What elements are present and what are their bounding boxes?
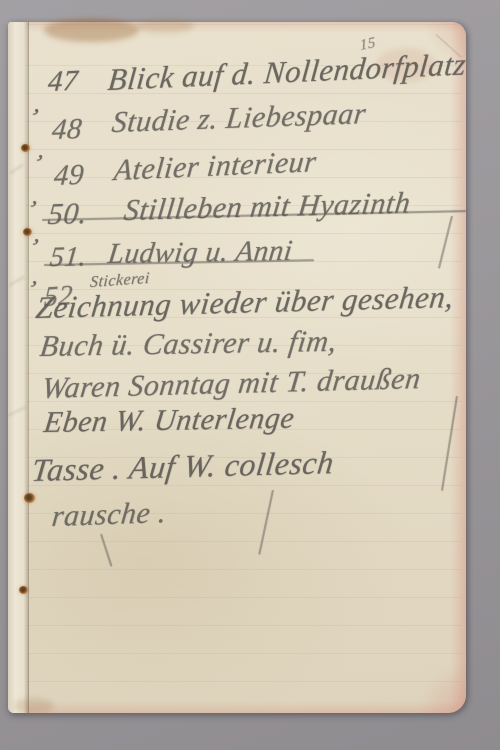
entry-text: Stillleben mit Hyazinth — [122, 186, 412, 228]
pen-stroke — [100, 534, 112, 567]
entry-text: Ludwig u. Anni — [106, 235, 295, 271]
entry-text: Atelier interieur — [112, 145, 318, 188]
entry-tick: , — [29, 181, 46, 212]
gutter-crease — [28, 22, 29, 713]
stitch-hole — [19, 586, 28, 594]
entry-text: Studie z. Liebespaar — [110, 97, 368, 140]
handwritten-line: Eben W. Unterlenge — [42, 402, 296, 440]
entry-number: 48 — [51, 113, 84, 147]
handwritten-line: Waren Sonntag mit T. draußen — [40, 362, 422, 406]
notebook-page: 15 ,47Blick auf d. Nollendorfplatz,48Stu… — [8, 22, 466, 713]
entry-tick: , — [31, 89, 48, 120]
foxing-stain — [44, 18, 139, 42]
handwritten-line: Buch ü. Cassirer u. fim, — [38, 325, 339, 364]
pen-stroke — [438, 216, 453, 269]
stitch-hole — [23, 228, 32, 236]
bleed-through-mark — [8, 275, 25, 287]
entry-number: 47 — [47, 65, 80, 99]
handwritten-line: rausche . — [50, 496, 168, 534]
bleed-through-mark — [7, 406, 26, 417]
binding-gutter — [8, 22, 29, 713]
entry-tick: , — [31, 219, 48, 250]
bleed-through-mark — [9, 163, 24, 175]
entry-number: 51. — [48, 241, 88, 274]
stitch-hole — [21, 144, 30, 152]
handwritten-line: Tasse . Auf W. collesch — [30, 444, 336, 489]
scanner-background: 15 ,47Blick auf d. Nollendorfplatz,48Stu… — [0, 0, 500, 750]
entry-text: Blick auf d. Nollendorfplatz — [106, 46, 468, 98]
foxing-stain — [136, 19, 194, 33]
pen-stroke — [258, 490, 274, 555]
entry-number: 50. — [46, 197, 88, 232]
stitch-hole — [24, 493, 35, 503]
entry-number: 49 — [53, 159, 86, 193]
pen-stroke — [441, 396, 458, 491]
foxing-stain — [14, 698, 54, 714]
entry-tick: , — [35, 135, 52, 166]
